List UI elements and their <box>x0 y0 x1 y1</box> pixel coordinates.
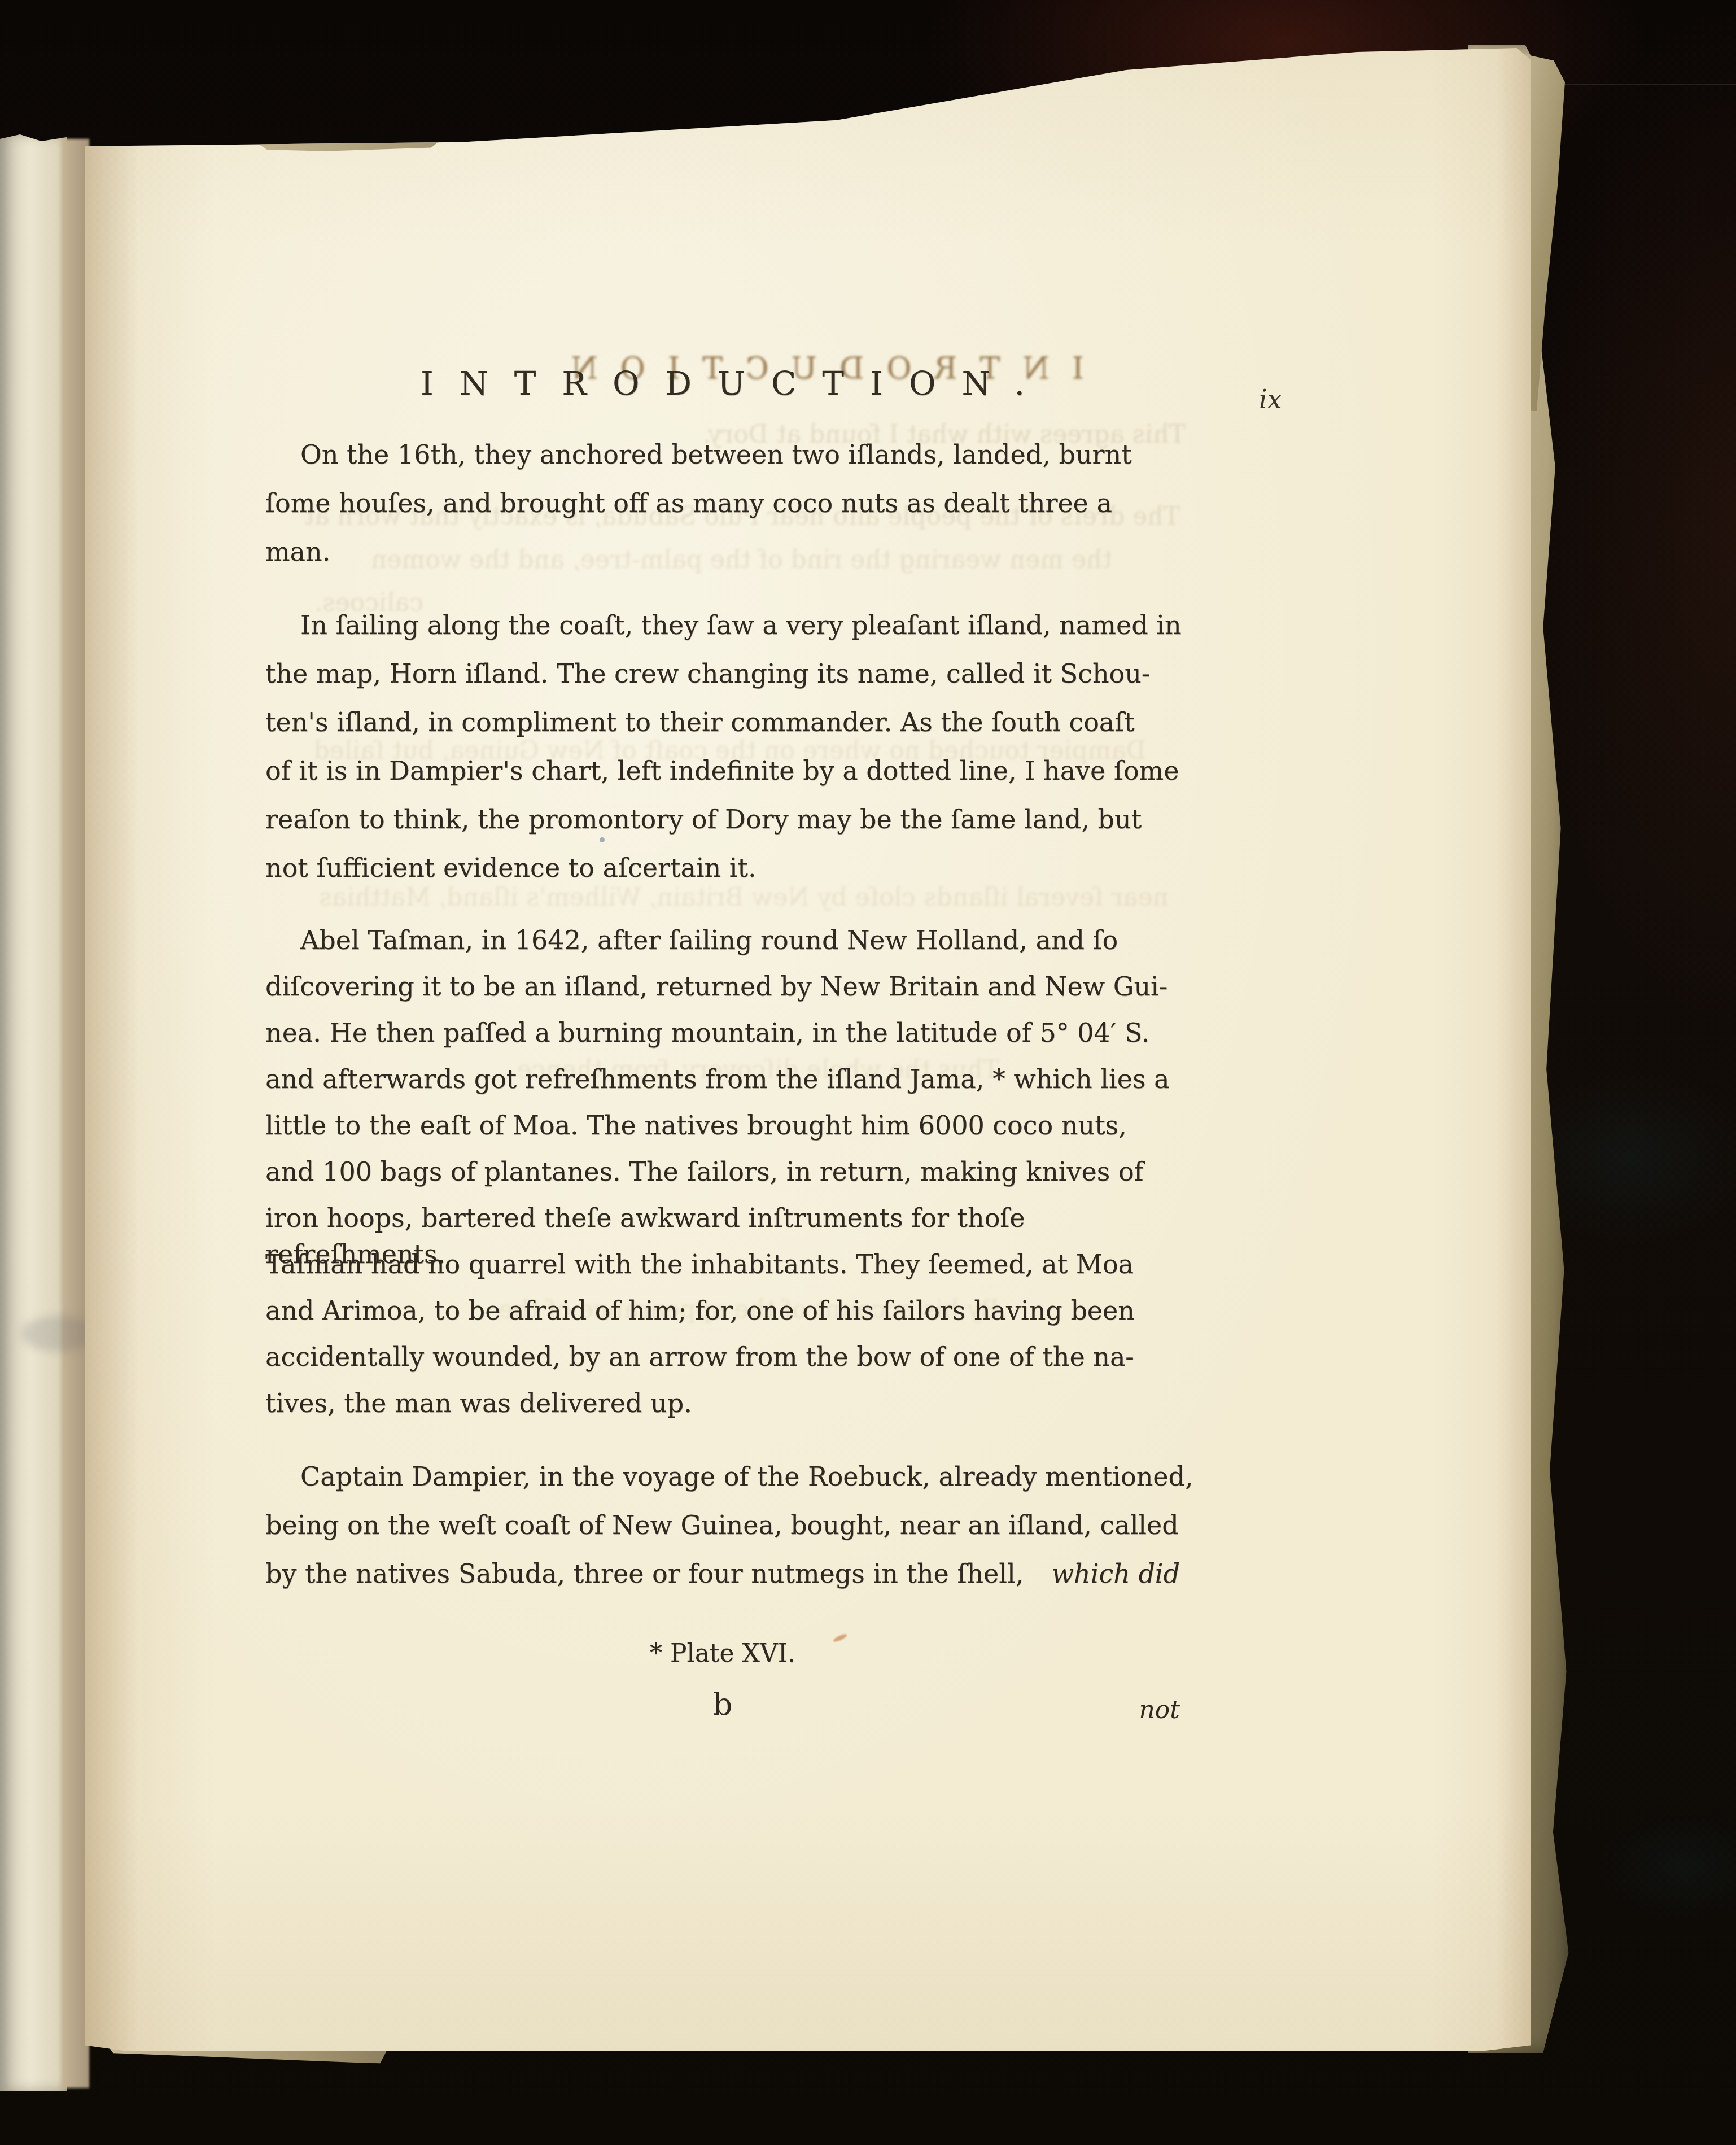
footnote: * Plate XVI. <box>265 1639 1180 1668</box>
gutter-shadow <box>85 48 138 2051</box>
page-heading: INTRODUCTION. <box>265 364 1180 403</box>
line-text: On the 16th, they anchored between two i… <box>300 436 1132 473</box>
text-line: not ſufficient evidence to aſcertain it. <box>265 850 1180 886</box>
line-text: In ſailing along the coaſt, they ſaw a v… <box>300 607 1182 643</box>
text-line: and Arimoa, to be afraid of him; for, on… <box>265 1292 1180 1329</box>
italic-catch-phrase: which did <box>1052 1556 1180 1592</box>
text-line: Captain Dampier, in the voyage of the Ro… <box>265 1458 1215 1495</box>
line-text: ten's iſland, in compliment to their com… <box>265 704 1135 740</box>
bleedthrough-line: near ſeveral iſlands cloſe by New Britai… <box>265 881 1169 915</box>
text-line: iron hoops, bartered theſe awkward inſtr… <box>265 1200 1180 1236</box>
page-number: ix <box>1259 384 1282 414</box>
fore-edge-shadow <box>1497 48 1531 2051</box>
text-line: by the natives Sabuda, three or four nut… <box>265 1556 1180 1592</box>
text-line: In ſailing along the coaſt, they ſaw a v… <box>265 607 1215 643</box>
book-page: INTRODUCTION This agrees with what I fou… <box>85 48 1531 2051</box>
line-text: of it is in Dampier's chart, left indefi… <box>265 753 1179 789</box>
line-text: man. <box>265 536 330 567</box>
text-line: diſcovering it to be an iſland, returned… <box>265 968 1180 1004</box>
ink-speck <box>600 837 605 842</box>
line-text: Taſman had no quarrel with the inhabitan… <box>265 1246 1134 1282</box>
line-text: and afterwards got refreſhments from the… <box>265 1061 1170 1097</box>
line-text: little to the eaſt of Moa. The natives b… <box>265 1107 1127 1143</box>
line-text: not ſufficient evidence to aſcertain it. <box>265 853 757 883</box>
line-text: Captain Dampier, in the voyage of the Ro… <box>300 1458 1193 1495</box>
line-text: the map, Horn iſland. The crew changing … <box>265 656 1150 692</box>
foxing-spot <box>392 679 396 683</box>
text-line: man. <box>265 534 1180 570</box>
line-text: tives, the man was delivered up. <box>265 1388 692 1418</box>
text-line: of it is in Dampier's chart, left indefi… <box>265 753 1180 789</box>
text-line: reaſon to think, the promontory of Dory … <box>265 801 1180 837</box>
book-spine-edge <box>0 134 67 2091</box>
line-text: and Arimoa, to be afraid of him; for, on… <box>265 1292 1135 1329</box>
text-line: Taſman had no quarrel with the inhabitan… <box>265 1246 1180 1282</box>
text-line: the map, Horn iſland. The crew changing … <box>265 656 1180 692</box>
footnote-marker: * <box>650 1639 662 1668</box>
line-text: reaſon to think, the promontory of Dory … <box>265 801 1142 837</box>
text-line: and 100 bags of plantanes. The ſailors, … <box>265 1154 1180 1190</box>
line-text: accidentally wounded, by an arrow from t… <box>265 1339 1134 1375</box>
text-line: little to the eaſt of Moa. The natives b… <box>265 1107 1180 1143</box>
footnote-text: Plate XVI. <box>670 1639 795 1668</box>
text-line: ſome houſes, and brought off as many coc… <box>265 485 1180 521</box>
text-line: being on the weſt coaſt of New Guinea, b… <box>265 1507 1180 1543</box>
line-text: Abel Taſman, in 1642, after ſailing roun… <box>300 922 1118 958</box>
line-text: by the natives Sabuda, three or four nut… <box>265 1556 1024 1592</box>
line-text: diſcovering it to be an iſland, returned… <box>265 968 1167 1004</box>
text-line: Abel Taſman, in 1642, after ſailing roun… <box>265 922 1215 958</box>
line-text: nea. He then paſſed a burning mountain, … <box>265 1015 1149 1051</box>
line-text: and 100 bags of plantanes. The ſailors, … <box>265 1154 1144 1190</box>
text-line: ten's iſland, in compliment to their com… <box>265 704 1180 740</box>
text-line: On the 16th, they anchored between two i… <box>265 436 1215 473</box>
text-line: and afterwards got refreſhments from the… <box>265 1061 1180 1097</box>
text-line: tives, the man was delivered up. <box>265 1385 1180 1421</box>
catchword: not <box>265 1696 1180 1724</box>
book-scan-scene: INTRODUCTION This agrees with what I fou… <box>0 0 1736 2145</box>
text-line: nea. He then paſſed a burning mountain, … <box>265 1015 1180 1051</box>
text-line: accidentally wounded, by an arrow from t… <box>265 1339 1180 1375</box>
line-text: being on the weſt coaſt of New Guinea, b… <box>265 1507 1179 1543</box>
spine-smudge <box>21 1316 95 1352</box>
line-text: ſome houſes, and brought off as many coc… <box>265 485 1112 521</box>
